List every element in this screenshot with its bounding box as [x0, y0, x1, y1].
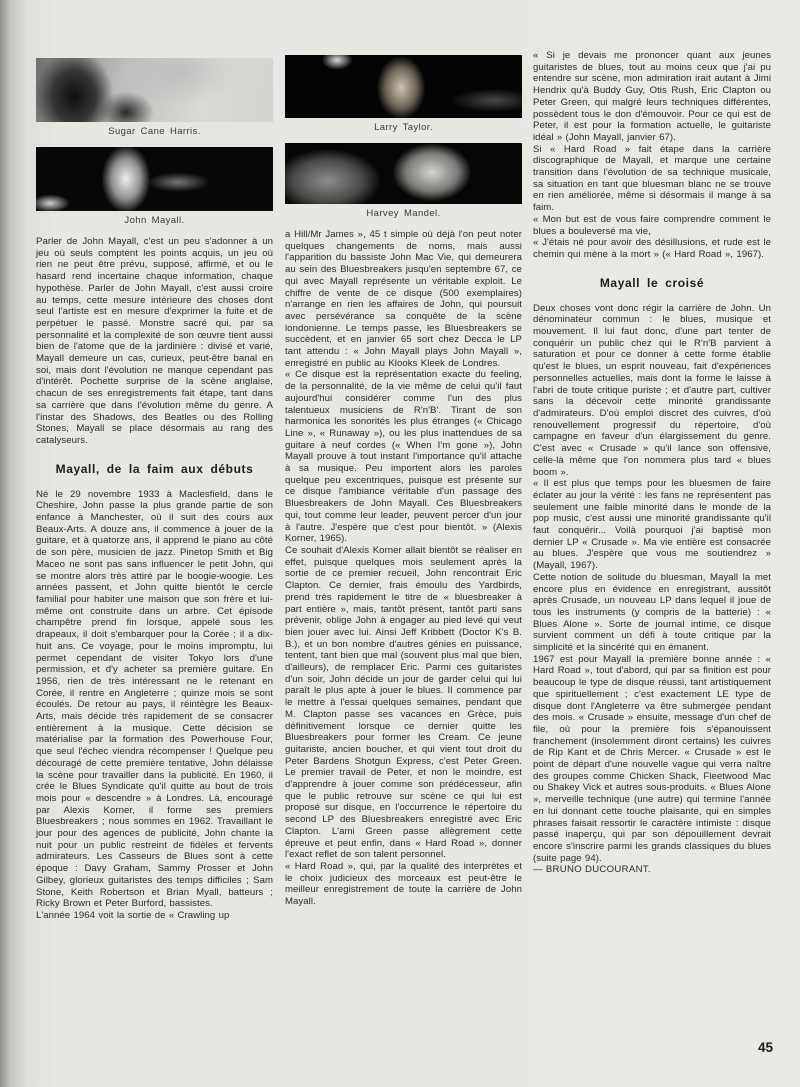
bluesmen-verite-quote: « Il est plus que temps pour les bluesme… — [533, 478, 771, 572]
clapton-green-paragraph: Ce souhait d'Alexis Korner allait bientô… — [285, 545, 522, 861]
photo-larry-taylor — [285, 55, 522, 118]
photo-harvey-mandel — [285, 143, 522, 204]
photo-john-mayall — [36, 147, 273, 211]
desillusions-quote: « J'étais né pour avoir des désillusions… — [533, 237, 771, 260]
mon-but-quote: « Mon but est de vous faire comprendre c… — [533, 214, 771, 237]
magazine-page: Sugar Cane Harris. John Mayall. Parler d… — [0, 0, 800, 1087]
photo-caption-harvey-mandel: Harvey Mandel. — [285, 208, 522, 220]
photo-caption-larry-taylor: Larry Taylor. — [285, 122, 522, 134]
photo-caption-sugar-cane-harris: Sugar Cane Harris. — [36, 126, 273, 138]
discography-paragraph: a Hill/Mr James », 45 t simple où déjà l… — [285, 229, 522, 369]
bluesman-status-paragraph: Si « Hard Road » fait étape dans la carr… — [533, 144, 771, 214]
page-number: 45 — [758, 1040, 773, 1055]
biography-paragraph: Né le 29 novembre 1933 à Maclesfield, da… — [36, 489, 273, 910]
column1-last-line: L'année 1964 voit la sortie de « Crawlin… — [36, 910, 273, 922]
figure-larry-taylor: Larry Taylor. — [285, 55, 522, 134]
annee-1967-paragraph: 1967 est pour Mayall la première bonne a… — [533, 654, 771, 865]
blues-alone-paragraph: Cette notion de solitude du bluesman, Ma… — [533, 572, 771, 654]
figure-sugar-cane-harris: Sugar Cane Harris. — [36, 58, 273, 138]
korner-quote-paragraph: « Ce disque est la représentation exacte… — [285, 369, 522, 545]
photo-caption-john-mayall: John Mayall. — [36, 215, 273, 227]
column-1: Sugar Cane Harris. John Mayall. Parler d… — [36, 58, 273, 922]
hard-road-paragraph: « Hard Road », qui, par la qualité des i… — [285, 861, 522, 908]
section-heading-mayall-le-croise: Mayall le croisé — [533, 276, 771, 290]
figure-harvey-mandel: Harvey Mandel. — [285, 143, 522, 220]
mayall-guitarists-quote: « Si je devais me prononcer quant aux je… — [533, 50, 771, 144]
section-heading-faim-aux-debuts: Mayall, de la faim aux débuts — [36, 462, 273, 476]
photo-sugar-cane-harris — [36, 58, 273, 122]
column-2: Larry Taylor. Harvey Mandel. a Hill/Mr J… — [285, 55, 522, 908]
intro-paragraph: Parler de John Mayall, c'est un peu s'ad… — [36, 236, 273, 447]
author-byline: — BRUNO DUCOURANT. — [533, 864, 771, 876]
column-3: « Si je devais me prononcer quant aux je… — [533, 50, 771, 876]
figure-john-mayall: John Mayall. — [36, 147, 273, 227]
crusade-strategy-paragraph: Deux choses vont donc régir la carrière … — [533, 303, 771, 479]
